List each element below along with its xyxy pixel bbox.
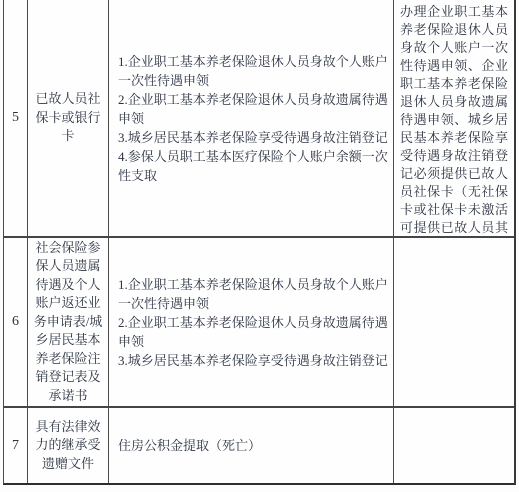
row7-material-cell: 具有法律效力的继承受遗赠文件 xyxy=(28,408,109,483)
row6-number-cell: 6 xyxy=(4,238,28,408)
row5-number: 5 xyxy=(12,109,19,127)
row7-material-text: 具有法律效力的继承受遗赠文件 xyxy=(33,418,103,474)
row6-note-cell xyxy=(394,238,514,408)
row5-material-cell: 已故人员社保卡或银行卡 xyxy=(28,0,109,238)
row6-material-text: 社会保险参保人员遗属待遇及个人账户返还业务申请表/城乡居民基本养老保险注销登记表… xyxy=(33,239,103,406)
row5-material-text: 已故人员社保卡或银行卡 xyxy=(33,90,103,146)
row6-business-items-cell: 1.企业职工基本养老保险退休人员身故个人账户一次性待遇申领 2.企业职工基本养老… xyxy=(109,238,394,408)
document-page: 5 已故人员社保卡或银行卡 1.企业职工基本养老保险退休人员身故个人账户一次性待… xyxy=(0,0,519,492)
row7-business-items-cell: 住房公积金提取（死亡） xyxy=(109,408,394,483)
row7-note-cell xyxy=(394,408,514,483)
row6-business-items-text: 1.企业职工基本养老保险退休人员身故个人账户一次性待遇申领 2.企业职工基本养老… xyxy=(118,275,388,370)
row7-number: 7 xyxy=(12,437,19,455)
row5-business-items-text: 1.企业职工基本养老保险退休人员身故个人账户一次性待遇申领 2.企业职工基本养老… xyxy=(118,52,388,185)
row7-number-cell: 7 xyxy=(4,408,28,483)
row5-note-text: 办理企业职工基本养老保险退休人员身故个人账户一次性待遇申领、企业职工基本养老保险… xyxy=(400,4,508,238)
row5-note-cell: 办理企业职工基本养老保险退休人员身故个人账户一次性待遇申领、企业职工基本养老保险… xyxy=(394,0,514,238)
row6-material-cell: 社会保险参保人员遗属待遇及个人账户返还业务申请表/城乡居民基本养老保险注销登记表… xyxy=(28,238,109,408)
row6-number: 6 xyxy=(12,313,19,331)
row7-business-items-text: 住房公积金提取（死亡） xyxy=(118,436,261,455)
required-materials-table: 5 已故人员社保卡或银行卡 1.企业职工基本养老保险退休人员身故个人账户一次性待… xyxy=(3,0,516,485)
row5-number-cell: 5 xyxy=(4,0,28,238)
row5-business-items-cell: 1.企业职工基本养老保险退休人员身故个人账户一次性待遇申领 2.企业职工基本养老… xyxy=(109,0,394,238)
